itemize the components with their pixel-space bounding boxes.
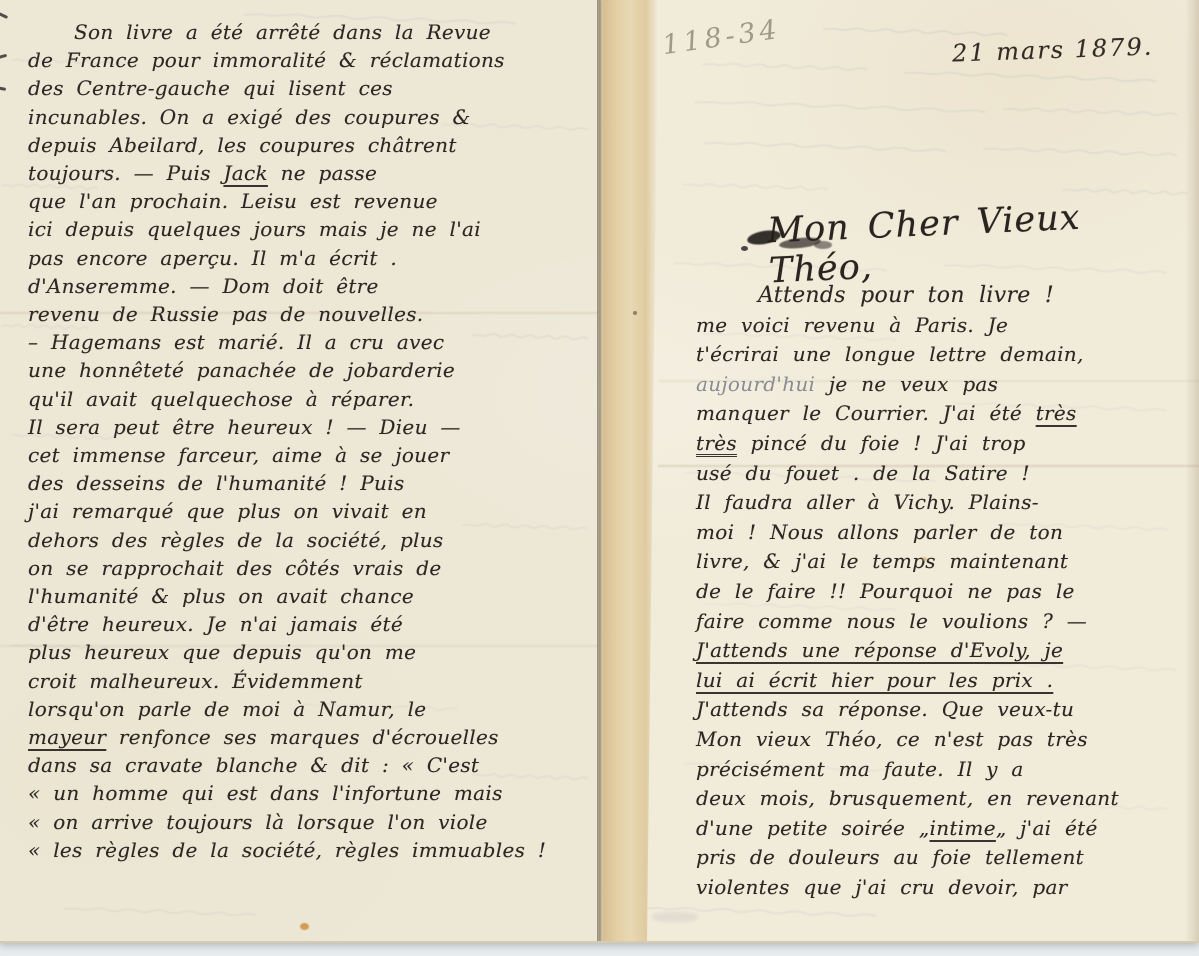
letter-line-segment: Il faudra aller à Vichy. Plains-	[696, 490, 1039, 514]
letter-line: revenu de Russie pas de nouvelles.	[28, 300, 594, 328]
letter-line-segment: qu'il avait quelquechose à réparer.	[28, 387, 414, 411]
letter-line-segment: pris de douleurs au foie tellement	[696, 845, 1084, 869]
letter-line: Il faudra aller à Vichy. Plains-	[696, 488, 1194, 518]
letter-line: J'attends une réponse d'Evoly, je	[696, 636, 1194, 666]
letter-line-segment: lorsqu'on parle de moi à Namur, le	[28, 697, 426, 721]
letter-line-segment: manquer le Courrier. J'ai été	[696, 401, 1036, 425]
letter-line-segment: très	[696, 431, 737, 455]
letter-line-segment: ici depuis quelques jours mais je ne l'a…	[28, 217, 481, 241]
letter-line: de France pour immoralité & réclamations	[28, 46, 594, 74]
right-page-text: Attends pour ton livre !me voici revenu …	[696, 281, 1194, 902]
letter-line: on se rapprochait des côtés vrais de	[28, 554, 594, 582]
ink-speck	[633, 311, 637, 315]
letter-line: « les règles de la société, règles immua…	[28, 836, 594, 864]
letter-line-segment: revenu de Russie pas de nouvelles.	[28, 302, 423, 326]
center-fold	[597, 0, 658, 941]
letter-line: Mon vieux Théo, ce n'est pas très	[696, 725, 1194, 755]
faded-stamp-ghost	[652, 912, 698, 922]
letter-line: Attends pour ton livre !	[696, 281, 1194, 311]
letter-line: que l'an prochain. Leisu est revenue	[28, 187, 594, 215]
letter-line-segment: d'une petite soirée „	[696, 816, 930, 840]
letter-line: plus heureux que depuis qu'on me	[28, 638, 594, 666]
foxing-spot	[300, 923, 309, 930]
letter-line-segment: des desseins de l'humanité ! Puis	[28, 471, 405, 495]
letter-line: croit malheureux. Évidemment	[28, 667, 594, 695]
ghost-script-line	[700, 136, 950, 158]
letter-line-segment: l'humanité & plus on avait chance	[28, 584, 414, 608]
letter-line-segment: intime	[930, 816, 996, 840]
letter-line-segment: j'ai remarqué que plus on vivait en	[28, 499, 427, 523]
letter-line-segment: deux mois, brusquement, en revenant	[696, 786, 1119, 810]
letter-line: t'écrirai une longue lettre demain,	[696, 340, 1194, 370]
letter-line-segment: faire comme nous le voulions ? —	[696, 609, 1087, 633]
letter-line-segment: Jack	[223, 161, 267, 185]
letter-line: lui ai écrit hier pour les prix .	[696, 666, 1194, 696]
letter-line-segment: t'écrirai une longue lettre demain,	[696, 342, 1084, 366]
letter-line: cet immense farceur, aime à se jouer	[28, 441, 594, 469]
letter-line-segment: de le faire !! Pourquoi ne pas le	[696, 579, 1075, 603]
letter-line: dehors des règles de la société, plus	[28, 526, 594, 554]
letter-line: d'Anseremme. — Dom doit être	[28, 272, 594, 300]
letter-paper: 118-34 21 mars 1879. Mon Cher Vieux Théo…	[0, 0, 1199, 943]
letter-line: Il sera peut être heureux ! — Dieu —	[28, 413, 594, 441]
letter-line-segment: renfonce ses marques d'écrouelles	[106, 725, 498, 749]
letter-line: des desseins de l'humanité ! Puis	[28, 469, 594, 497]
letter-line: toujours. — Puis Jack ne passe	[28, 159, 594, 187]
ghost-script-line	[690, 95, 990, 118]
letter-line-segment: „ j'ai été	[996, 816, 1098, 840]
letter-line-segment: mayeur	[28, 725, 106, 749]
letter-line-segment: dehors des règles de la société, plus	[28, 528, 444, 552]
letter-line-segment: aujourd'hui	[696, 372, 815, 396]
letter-line: me voici revenu à Paris. Je	[696, 311, 1194, 341]
letter-line: deux mois, brusquement, en revenant	[696, 784, 1194, 814]
letter-line: Son livre a été arrêté dans la Revue	[28, 18, 594, 46]
letter-line-segment: usé du fouet . de la Satire !	[696, 461, 1030, 485]
letter-line: dans sa cravate blanche & dit : « C'est	[28, 751, 594, 779]
letter-line-segment: incunables. On a exigé des coupures &	[28, 105, 471, 129]
letter-line-segment: depuis Abeilard, les coupures châtrent	[28, 133, 457, 157]
letter-line: de le faire !! Pourquoi ne pas le	[696, 577, 1194, 607]
letter-line-segment: moi ! Nous allons parler de ton	[696, 520, 1063, 544]
letter-line: – Hagemans est marié. Il a cru avec	[28, 328, 594, 356]
archive-number-pencil: 118-34	[660, 14, 782, 61]
letter-line-segment: « les règles de la société, règles immua…	[28, 838, 546, 862]
letter-line-segment: pas encore aperçu. Il m'a écrit .	[28, 246, 397, 270]
letter-line-segment: une honnêteté panachée de jobarderie	[28, 358, 455, 382]
letter-line-segment: Son livre a été arrêté dans la Revue	[74, 20, 491, 44]
letter-line: aujourd'hui je ne veux pas	[696, 370, 1194, 400]
letter-line-segment: « on arrive toujours là lorsque l'on vio…	[28, 810, 488, 834]
letter-date: 21 mars 1879.	[952, 32, 1154, 67]
ghost-script-line	[1000, 102, 1180, 121]
letter-line: lorsqu'on parle de moi à Namur, le	[28, 695, 594, 723]
letter-line: usé du fouet . de la Satire !	[696, 459, 1194, 489]
letter-line: une honnêteté panachée de jobarderie	[28, 356, 594, 384]
letter-line: d'une petite soirée „intime„ j'ai été	[696, 814, 1194, 844]
letter-line-segment: toujours. — Puis	[28, 161, 223, 185]
letter-line: mayeur renfonce ses marques d'écrouelles	[28, 723, 594, 751]
salutation: Mon Cher Vieux Théo,	[766, 193, 1199, 292]
letter-line-segment: je ne veux pas	[815, 372, 998, 396]
letter-line-segment: violentes que j'ai cru devoir, par	[696, 875, 1068, 899]
letter-line-segment: me voici revenu à Paris. Je	[696, 313, 1008, 337]
letter-line: pas encore aperçu. Il m'a écrit .	[28, 244, 594, 272]
letter-line-segment: J'attends une réponse d'Evoly, je	[696, 638, 1063, 662]
letter-line-segment: cet immense farceur, aime à se jouer	[28, 443, 449, 467]
letter-line: manquer le Courrier. J'ai été très	[696, 399, 1194, 429]
letter-line: des Centre-gauche qui lisent ces	[28, 74, 594, 102]
letter-line-segment: des Centre-gauche qui lisent ces	[28, 76, 393, 100]
letter-line-segment: plus heureux que depuis qu'on me	[28, 640, 416, 664]
letter-line: J'attends sa réponse. Que veux-tu	[696, 695, 1194, 725]
letter-line-segment: que l'an prochain. Leisu est revenue	[28, 189, 438, 213]
foxing-spot	[922, 557, 927, 561]
left-page-text: Son livre a été arrêté dans la Revuede F…	[28, 18, 594, 864]
letter-line-segment: d'Anseremme. — Dom doit être	[28, 274, 379, 298]
letter-line: j'ai remarqué que plus on vivait en	[28, 497, 594, 525]
letter-line: qu'il avait quelquechose à réparer.	[28, 385, 594, 413]
letter-line: l'humanité & plus on avait chance	[28, 582, 594, 610]
ghost-script-line	[700, 57, 870, 76]
letter-line: précisément ma faute. Il y a	[696, 755, 1194, 785]
letter-line-segment: dans sa cravate blanche & dit : « C'est	[28, 753, 479, 777]
letter-line: d'être heureux. Je n'ai jamais été	[28, 610, 594, 638]
ghost-script-line	[900, 65, 1160, 87]
letter-line: moi ! Nous allons parler de ton	[696, 518, 1194, 548]
letter-line-segment: Attends pour ton livre !	[758, 283, 1054, 308]
letter-line: livre, & j'ai le temps maintenant	[696, 547, 1194, 577]
scanned-letter-scene: 118-34 21 mars 1879. Mon Cher Vieux Théo…	[0, 0, 1199, 956]
letter-line: faire comme nous le voulions ? —	[696, 607, 1194, 637]
letter-line-segment: de France pour immoralité & réclamations	[28, 48, 505, 72]
letter-line-segment: – Hagemans est marié. Il a cru avec	[28, 330, 444, 354]
letter-line: ici depuis quelques jours mais je ne l'a…	[28, 215, 594, 243]
letter-line: violentes que j'ai cru devoir, par	[696, 873, 1194, 903]
letter-line-segment: pincé du foie ! J'ai trop	[737, 431, 1026, 455]
page-edge-mark	[0, 86, 6, 91]
ghost-script-line	[680, 177, 830, 195]
letter-line: pris de douleurs au foie tellement	[696, 843, 1194, 873]
letter-line: très pincé du foie ! J'ai trop	[696, 429, 1194, 459]
letter-line-segment: « un homme qui est dans l'infortune mais	[28, 781, 503, 805]
letter-line-segment: lui ai écrit hier pour les prix .	[696, 668, 1053, 692]
letter-line-segment: on se rapprochait des côtés vrais de	[28, 556, 441, 580]
letter-line-segment: d'être heureux. Je n'ai jamais été	[28, 612, 403, 636]
letter-line: « on arrive toujours là lorsque l'on vio…	[28, 808, 594, 836]
letter-line-segment: livre, & j'ai le temps maintenant	[696, 549, 1068, 573]
letter-line-segment: très	[1036, 401, 1077, 425]
letter-line-segment: précisément ma faute. Il y a	[696, 757, 1024, 781]
letter-line-segment: J'attends sa réponse. Que veux-tu	[696, 697, 1074, 721]
letter-line-segment: croit malheureux. Évidemment	[28, 669, 363, 693]
ghost-script-line	[980, 142, 1180, 162]
letter-line-segment: ne passe	[268, 161, 377, 185]
letter-line-segment: Il sera peut être heureux ! — Dieu —	[28, 415, 461, 439]
letter-line: depuis Abeilard, les coupures châtrent	[28, 131, 594, 159]
letter-line: « un homme qui est dans l'infortune mais	[28, 779, 594, 807]
letter-line-segment: Mon vieux Théo, ce n'est pas très	[696, 727, 1088, 751]
letter-line: incunables. On a exigé des coupures &	[28, 103, 594, 131]
